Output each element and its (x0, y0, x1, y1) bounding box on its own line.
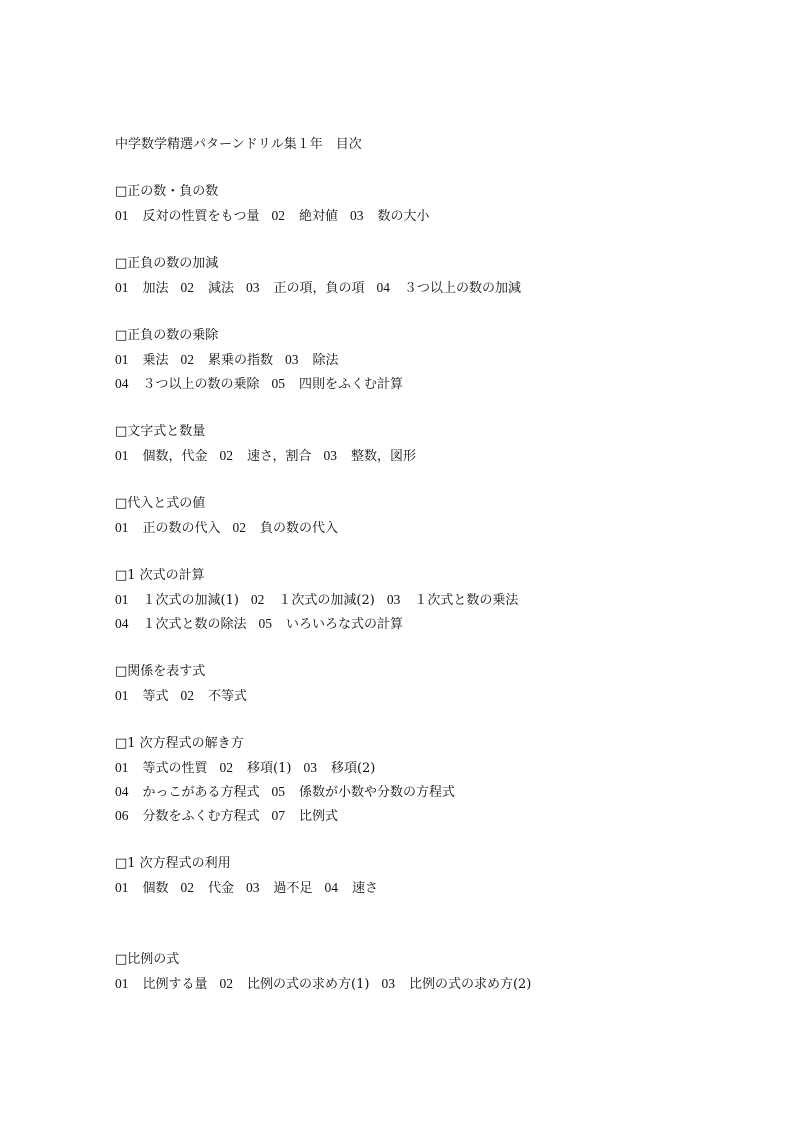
toc-item: 04速さ (325, 881, 379, 896)
item-number: 02 (181, 880, 195, 895)
toc-item: 01等式 (115, 689, 169, 704)
item-number: 01 (115, 352, 129, 367)
toc-item: 03正の項，負の項 (246, 281, 365, 296)
item-number: 03 (350, 208, 364, 223)
item-number: 02 (181, 352, 195, 367)
item-number: 03 (387, 592, 401, 607)
item-label: かっこがある方程式 (143, 785, 260, 800)
item-label: １次式の加減(1) (143, 593, 239, 608)
item-number: 03 (246, 280, 260, 295)
item-label: 四則をふくむ計算 (299, 377, 403, 392)
section-item-row: 01反対の性質をもつ量02絶対値03数の大小 (115, 208, 442, 225)
item-label: 反対の性質をもつ量 (143, 209, 260, 224)
item-number: 03 (303, 760, 317, 775)
toc-item: 02１次式の加減(2) (251, 593, 375, 608)
section-item-row: 01正の数の代入02負の数の代入 (115, 520, 350, 537)
item-number: 03 (324, 448, 338, 463)
item-number: 05 (272, 784, 286, 799)
item-label: 不等式 (208, 689, 247, 704)
toc-item: 03移項(2) (303, 761, 375, 776)
item-number: 01 (115, 448, 129, 463)
item-number: 05 (272, 376, 286, 391)
section-item-row: 04１次式と数の除法05いろいろな式の計算 (115, 616, 415, 633)
item-label: 移項(2) (331, 761, 375, 776)
item-label: いろいろな式の計算 (286, 617, 403, 632)
section-heading: □正負の数の乗除 (115, 328, 218, 344)
toc-item: 02速さ，割合 (220, 449, 312, 464)
document-title: 中学数学精選パターンドリル集１年 目次 (115, 137, 362, 153)
item-number: 02 (272, 208, 286, 223)
item-label: １次式の加減(2) (278, 593, 374, 608)
item-label: 比例する量 (143, 977, 208, 992)
item-number: 01 (115, 976, 129, 991)
toc-item: 02移項(1) (220, 761, 292, 776)
section-item-row: 06分数をふくむ方程式07比例式 (115, 808, 350, 825)
section-item-row: 01乗法02累乗の指数03除法 (115, 352, 351, 369)
section-item-row: 01個数02代金03過不足04速さ (115, 880, 390, 897)
item-label: 除法 (313, 353, 339, 368)
item-number: 01 (115, 760, 129, 775)
item-number: 02 (220, 448, 234, 463)
toc-item: 03除法 (285, 353, 339, 368)
item-number: 02 (181, 280, 195, 295)
toc-item: 02累乗の指数 (181, 353, 274, 368)
section-heading: □関係を表す式 (115, 664, 205, 680)
section-heading: □1 次式の計算 (115, 568, 205, 584)
item-label: １次式と数の乗法 (414, 593, 518, 608)
item-label: 加法 (143, 281, 169, 296)
item-number: 03 (381, 976, 395, 991)
item-number: 04 (115, 784, 129, 799)
toc-item: 01比例する量 (115, 977, 208, 992)
toc-item: 01１次式の加減(1) (115, 593, 239, 608)
item-label: 個数，代金 (143, 449, 208, 464)
toc-item: 01乗法 (115, 353, 169, 368)
toc-item: 01加法 (115, 281, 169, 296)
item-number: 03 (285, 352, 299, 367)
item-label: 絶対値 (299, 209, 338, 224)
item-label: 等式 (143, 689, 169, 704)
item-label: 整数，図形 (351, 449, 416, 464)
section-item-row: 01加法02減法03正の項，負の項04３つ以上の数の加減 (115, 280, 533, 297)
toc-item: 04３つ以上の数の加減 (377, 281, 522, 296)
toc-item: 01個数，代金 (115, 449, 208, 464)
item-number: 04 (325, 880, 339, 895)
toc-item: 02代金 (181, 881, 235, 896)
section-heading: □1 次方程式の利用 (115, 856, 231, 872)
item-number: 02 (220, 976, 234, 991)
item-label: 分数をふくむ方程式 (143, 809, 260, 824)
item-number: 07 (272, 808, 286, 823)
toc-item: 02比例の式の求め方(1) (220, 977, 370, 992)
toc-item: 03整数，図形 (324, 449, 417, 464)
item-label: １次式と数の除法 (143, 617, 247, 632)
toc-item: 02減法 (181, 281, 235, 296)
section-item-row: 04３つ以上の数の乗除05四則をふくむ計算 (115, 376, 415, 393)
item-label: 過不足 (274, 881, 313, 896)
section-item-row: 04かっこがある方程式05係数が小数や分数の方程式 (115, 784, 467, 801)
section-item-row: 01比例する量02比例の式の求め方(1)03比例の式の求め方(2) (115, 976, 543, 993)
toc-item: 05いろいろな式の計算 (259, 617, 404, 632)
toc-item: 02不等式 (181, 689, 248, 704)
toc-item: 05係数が小数や分数の方程式 (272, 785, 456, 800)
item-label: 正の項，負の項 (274, 281, 365, 296)
section-heading: □代入と式の値 (115, 496, 205, 512)
item-number: 01 (115, 688, 129, 703)
item-label: 乗法 (143, 353, 169, 368)
item-number: 02 (220, 760, 234, 775)
toc-item: 01個数 (115, 881, 169, 896)
section-heading: □文字式と数量 (115, 424, 205, 440)
toc-item: 03１次式と数の乗法 (387, 593, 519, 608)
item-label: 減法 (208, 281, 234, 296)
item-number: 02 (233, 520, 247, 535)
item-label: 数の大小 (378, 209, 430, 224)
toc-item: 07比例式 (272, 809, 339, 824)
item-label: 比例の式の求め方(1) (247, 977, 369, 992)
section-item-row: 01等式の性質02移項(1)03移項(2) (115, 760, 387, 777)
item-label: 累乗の指数 (208, 353, 273, 368)
item-label: 速さ (352, 881, 378, 896)
item-number: 04 (115, 616, 129, 631)
item-label: 速さ，割合 (247, 449, 311, 464)
toc-item: 02絶対値 (272, 209, 339, 224)
item-number: 01 (115, 280, 129, 295)
section-item-row: 01等式02不等式 (115, 688, 259, 705)
item-label: 負の数の代入 (260, 521, 338, 536)
item-number: 06 (115, 808, 129, 823)
section-heading: □正負の数の加減 (115, 256, 218, 272)
item-label: 等式の性質 (143, 761, 208, 776)
section-item-row: 01１次式の加減(1)02１次式の加減(2)03１次式と数の乗法 (115, 592, 530, 609)
item-label: 移項(1) (247, 761, 291, 776)
toc-item: 04３つ以上の数の乗除 (115, 377, 260, 392)
item-label: 個数 (143, 881, 169, 896)
item-number: 01 (115, 208, 129, 223)
item-label: 代金 (208, 881, 234, 896)
toc-item: 03比例の式の求め方(2) (381, 977, 531, 992)
item-label: 比例の式の求め方(2) (409, 977, 531, 992)
toc-item: 03過不足 (246, 881, 313, 896)
section-heading: □正の数・負の数 (115, 184, 218, 200)
item-label: 係数が小数や分数の方程式 (299, 785, 455, 800)
item-number: 01 (115, 880, 129, 895)
item-label: 正の数の代入 (143, 521, 221, 536)
toc-item: 05四則をふくむ計算 (272, 377, 404, 392)
item-number: 05 (259, 616, 273, 631)
item-label: 比例式 (299, 809, 338, 824)
toc-item: 06分数をふくむ方程式 (115, 809, 260, 824)
item-number: 02 (181, 688, 195, 703)
item-number: 02 (251, 592, 265, 607)
section-heading: □1 次方程式の解き方 (115, 736, 244, 752)
item-label: ３つ以上の数の乗除 (143, 377, 260, 392)
toc-item: 01等式の性質 (115, 761, 208, 776)
toc-item: 01正の数の代入 (115, 521, 221, 536)
item-label: ３つ以上の数の加減 (404, 281, 521, 296)
item-number: 01 (115, 592, 129, 607)
item-number: 04 (377, 280, 391, 295)
section-heading: □比例の式 (115, 952, 179, 968)
toc-item: 03数の大小 (350, 209, 430, 224)
item-number: 01 (115, 520, 129, 535)
item-number: 04 (115, 376, 129, 391)
toc-item: 01反対の性質をもつ量 (115, 209, 260, 224)
toc-item: 02負の数の代入 (233, 521, 339, 536)
section-item-row: 01個数，代金02速さ，割合03整数，図形 (115, 448, 428, 465)
item-number: 03 (246, 880, 260, 895)
toc-item: 04かっこがある方程式 (115, 785, 260, 800)
toc-item: 04１次式と数の除法 (115, 617, 247, 632)
